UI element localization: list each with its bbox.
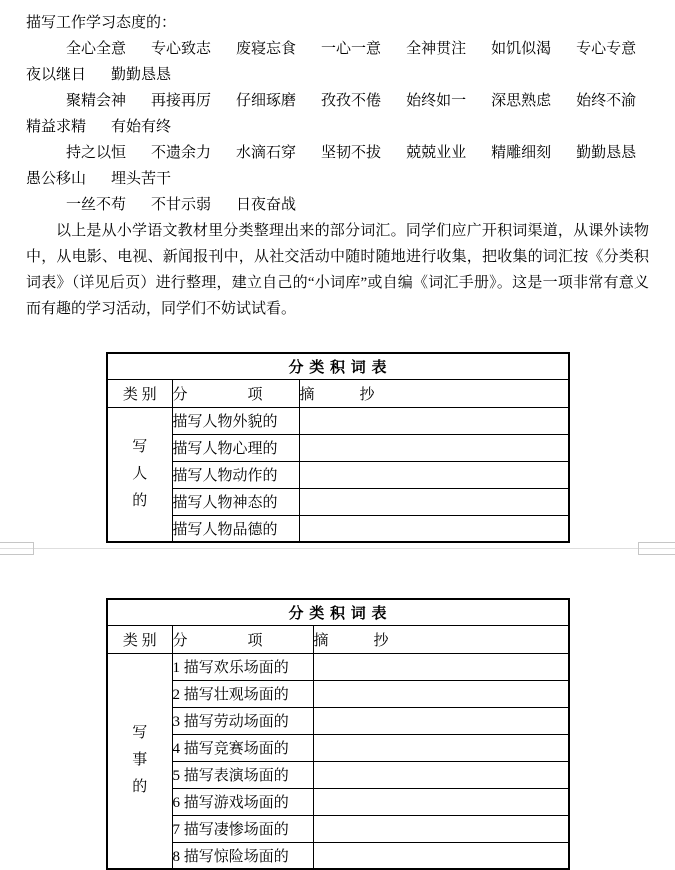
- excerpt-cell: [299, 407, 569, 434]
- idiom-line: 精益求精有始有终: [26, 114, 649, 140]
- table-row: 8 描写惊险场面的: [107, 842, 569, 869]
- excerpt-cell: [299, 515, 569, 542]
- idiom: 废寝忘食: [236, 36, 296, 62]
- item-cell: 1 描写欢乐场面的: [172, 653, 313, 680]
- idiom: 兢兢业业: [406, 140, 466, 166]
- idiom: 再接再厉: [151, 88, 211, 114]
- column-header-item: 分 项: [172, 379, 299, 407]
- idiom-line: 持之以恒不遗余力水滴石穿坚韧不拔兢兢业业精雕细刻勤勤恳恳: [26, 140, 649, 166]
- idiom-line: 一丝不苟不甘示弱日夜奋战: [26, 192, 649, 218]
- page-break-bracket-right: [638, 542, 675, 543]
- idiom-line: 愚公移山埋头苦干: [26, 166, 649, 192]
- item-cell: 描写人物神态的: [172, 488, 299, 515]
- item-cell: 描写人物心理的: [172, 434, 299, 461]
- idiom: 一丝不苟: [66, 192, 126, 218]
- item-cell: 3 描写劳动场面的: [172, 707, 313, 734]
- idiom: 日夜奋战: [236, 192, 296, 218]
- intro-section: 描写工作学习态度的： 全心全意专心致志废寝忘食一心一意全神贯注如饥似渴专心专意夜…: [26, 10, 649, 322]
- column-header-category: 类 别: [107, 379, 172, 407]
- category-char: 的: [108, 774, 172, 801]
- idiom-line: 夜以继日勤勤恳恳: [26, 62, 649, 88]
- category-char: 写: [108, 434, 172, 461]
- page-break-bracket-right: [638, 554, 675, 555]
- idiom: 专心致志: [151, 36, 211, 62]
- idiom-line: 全心全意专心致志废寝忘食一心一意全神贯注如饥似渴专心专意: [26, 36, 649, 62]
- column-header-excerpt: 摘 抄: [299, 379, 569, 407]
- column-header-category: 类 别: [107, 625, 172, 653]
- item-cell: 4 描写竞赛场面的: [172, 734, 313, 761]
- idiom: 坚韧不拔: [321, 140, 381, 166]
- item-cell: 描写人物品德的: [172, 515, 299, 542]
- idiom: 精益求精: [26, 114, 86, 140]
- page-break-bracket-right: [638, 542, 639, 555]
- table-row: 7 描写凄惨场面的: [107, 815, 569, 842]
- item-cell: 7 描写凄惨场面的: [172, 815, 313, 842]
- excerpt-cell: [313, 761, 569, 788]
- idiom: 聚精会神: [66, 88, 126, 114]
- idiom: 愚公移山: [26, 166, 86, 192]
- column-header-item: 分 项: [172, 625, 313, 653]
- item-cell: 描写人物外貌的: [172, 407, 299, 434]
- document-page: 描写工作学习态度的： 全心全意专心致志废寝忘食一心一意全神贯注如饥似渴专心专意夜…: [0, 0, 675, 870]
- excerpt-cell: [313, 788, 569, 815]
- table-row: 描写人物心理的: [107, 434, 569, 461]
- intro-paragraph: 以上是从小学语文教材里分类整理出来的部分词汇。同学们应广开积词渠道，从课外读物中…: [26, 218, 649, 322]
- idiom: 全神贯注: [406, 36, 466, 62]
- excerpt-cell: [299, 434, 569, 461]
- item-cell: 5 描写表演场面的: [172, 761, 313, 788]
- table-row: 2 描写壮观场面的: [107, 680, 569, 707]
- excerpt-cell: [299, 488, 569, 515]
- category-cell: 写事的: [107, 653, 172, 869]
- table-row: 描写人物品德的: [107, 515, 569, 542]
- table-title: 分 类 积 词 表: [107, 353, 569, 379]
- page-break-line: [0, 548, 675, 549]
- idiom: 深思熟虑: [491, 88, 551, 114]
- excerpt-cell: [313, 842, 569, 869]
- item-cell: 描写人物动作的: [172, 461, 299, 488]
- category-char: 人: [108, 461, 172, 488]
- idiom-lines: 全心全意专心致志废寝忘食一心一意全神贯注如饥似渴专心专意夜以继日勤勤恳恳聚精会神…: [26, 36, 649, 218]
- idiom: 一心一意: [321, 36, 381, 62]
- idiom: 水滴石穿: [236, 140, 296, 166]
- page-break-bracket-left: [0, 554, 33, 555]
- item-cell: 2 描写壮观场面的: [172, 680, 313, 707]
- table-row: 5 描写表演场面的: [107, 761, 569, 788]
- idiom-line: 聚精会神再接再厉仔细琢磨孜孜不倦始终如一深思熟虑始终不渝: [26, 88, 649, 114]
- idiom: 持之以恒: [66, 140, 126, 166]
- idiom: 夜以继日: [26, 62, 86, 88]
- idiom: 精雕细刻: [491, 140, 551, 166]
- table-row: 描写人物神态的: [107, 488, 569, 515]
- excerpt-cell: [313, 707, 569, 734]
- vocab-table-people: 分 类 积 词 表类 别分 项摘 抄写人的描写人物外貌的描写人物心理的描写人物动…: [106, 352, 570, 543]
- table-row: 写人的描写人物外貌的: [107, 407, 569, 434]
- idiom: 不遗余力: [151, 140, 211, 166]
- idiom: 不甘示弱: [151, 192, 211, 218]
- column-header-excerpt: 摘 抄: [313, 625, 569, 653]
- table-row: 3 描写劳动场面的: [107, 707, 569, 734]
- table-title: 分 类 积 词 表: [107, 599, 569, 625]
- idiom: 孜孜不倦: [321, 88, 381, 114]
- category-cell: 写人的: [107, 407, 172, 542]
- section-heading: 描写工作学习态度的：: [26, 10, 649, 36]
- idiom: 埋头苦干: [111, 166, 171, 192]
- page-break-bracket-left: [0, 542, 33, 543]
- excerpt-cell: [313, 734, 569, 761]
- idiom: 始终不渝: [576, 88, 636, 114]
- idiom: 勤勤恳恳: [111, 62, 171, 88]
- category-char: 的: [108, 488, 172, 515]
- vocab-table-events: 分 类 积 词 表类 别分 项摘 抄写事的1 描写欢乐场面的2 描写壮观场面的3…: [106, 598, 570, 870]
- idiom: 专心专意: [576, 36, 636, 62]
- table-row: 写事的1 描写欢乐场面的: [107, 653, 569, 680]
- idiom: 有始有终: [111, 114, 171, 140]
- excerpt-cell: [313, 815, 569, 842]
- table-row: 6 描写游戏场面的: [107, 788, 569, 815]
- table-row: 描写人物动作的: [107, 461, 569, 488]
- excerpt-cell: [313, 680, 569, 707]
- item-cell: 8 描写惊险场面的: [172, 842, 313, 869]
- idiom: 全心全意: [66, 36, 126, 62]
- excerpt-cell: [313, 653, 569, 680]
- item-cell: 6 描写游戏场面的: [172, 788, 313, 815]
- idiom: 勤勤恳恳: [576, 140, 636, 166]
- idiom: 如饥似渴: [491, 36, 551, 62]
- idiom: 仔细琢磨: [236, 88, 296, 114]
- excerpt-cell: [299, 461, 569, 488]
- table-row: 4 描写竞赛场面的: [107, 734, 569, 761]
- category-char: 事: [108, 747, 172, 774]
- idiom: 始终如一: [406, 88, 466, 114]
- page-break-bracket-left: [33, 542, 34, 555]
- category-char: 写: [108, 720, 172, 747]
